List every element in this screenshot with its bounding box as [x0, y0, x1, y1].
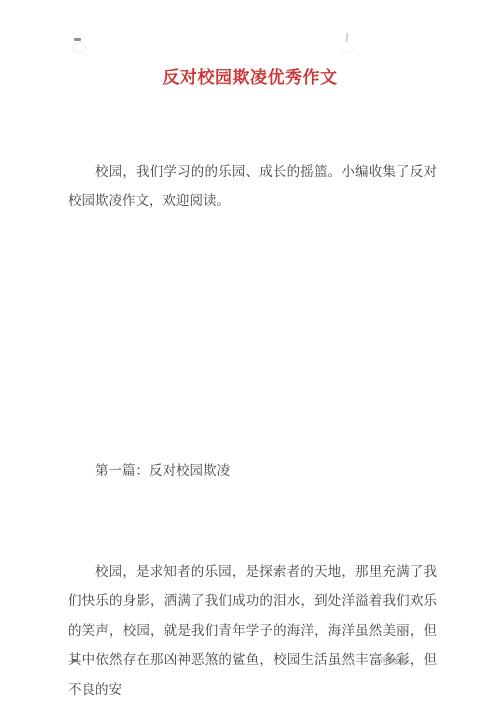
scan-artifact-top-left-dash — [74, 38, 81, 41]
intro-paragraph: 校园，我们学习的的乐园、成长的摇篮。小编收集了反对校园欺凌作文，欢迎阅读。 — [68, 157, 437, 216]
document-page: 反对校园欺凌优秀作文 校园，我们学习的的乐园、成长的摇篮。小编收集了反对校园欺凌… — [0, 0, 500, 707]
scan-artifact-top-right-smudge — [339, 40, 355, 54]
page-title: 反对校园欺凌优秀作文 — [0, 63, 500, 93]
body-paragraph: 校园，是求知者的乐园，是探索者的天地，那里充满了我们快乐的身影，洒满了我们成功的… — [68, 557, 437, 705]
section-heading: 第一篇：反对校园欺凌 — [68, 456, 437, 486]
footer-note: -可修编. — [376, 655, 411, 667]
scan-artifact-top-right-tick — [345, 33, 348, 42]
scan-artifact-top-left-smudge — [72, 42, 86, 53]
